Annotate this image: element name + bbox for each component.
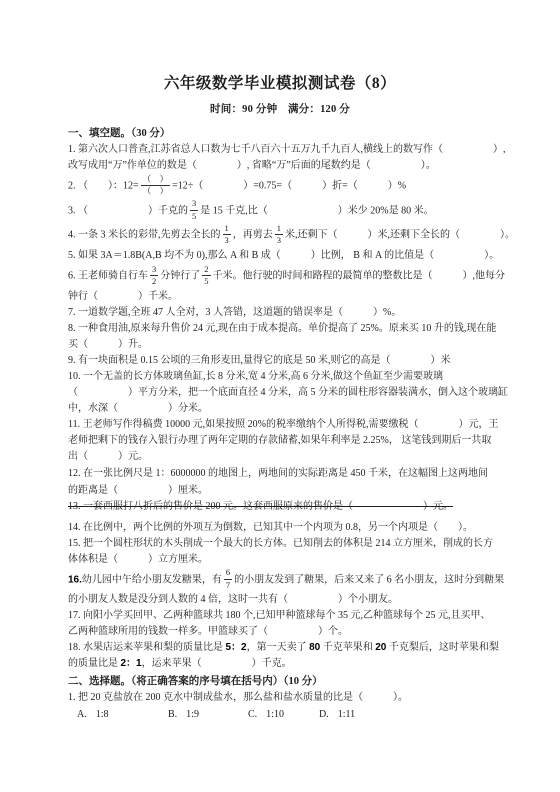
fraction: 13 — [223, 222, 231, 247]
question: 15. 把一个圆柱形状的木头削成一个最大的长方体。已知削去的体积是 214 立方… — [68, 536, 504, 568]
question: 7. 一道数学题,全班 47 人全对，3 人答错，这道题的错误率是（ ）%。 — [68, 305, 504, 321]
fraction: 32 — [150, 263, 158, 288]
fill-in-questions: 1. 第六次人口普查,江苏省总人口数为七千八百六十五万九千九百人,横线上的数写作… — [68, 142, 504, 672]
question: 14. 在比例中，两个比例的外项互为倒数，已知其中一个内项为 0.8，另一个内项… — [68, 520, 504, 536]
fraction: 67 — [224, 567, 232, 592]
question: 10. 一个无盖的长方体玻璃鱼缸,长 8 分米,宽 4 分米,高 6 分米,做这… — [68, 369, 504, 417]
section-heading-fill-in: 一、填空题。（30 分） — [68, 126, 504, 142]
test-paper-page: 六年级数学毕业模拟测试卷（8） 时间：90 分钟 满分：120 分 一、填空题。… — [0, 0, 560, 792]
choice-options-row: A.1:8B.1:9C.1:10D.1:11 — [68, 707, 504, 723]
paper-title: 六年级数学毕业模拟测试卷（8） — [0, 71, 560, 93]
question: 8. 一种食用油,原来每升售价 24 元,现在由于成本提高。单价提高了 25%。… — [68, 321, 504, 353]
question: 5. 如果 3A＝1.8B(A,B 均不为 0),那么 A 和 B 成（ ）比例… — [68, 248, 504, 264]
choice-questions: 1. 把 20 克盐放在 200 克水中制成盐水，那么盐和盐水质量的比是（ ）。 — [68, 690, 504, 706]
question: 13. 一套西服打八折后的售价是 200 元。这套西服原来的售价是（ ）元。 — [68, 499, 504, 515]
choice-option: C.1:10 — [248, 707, 319, 723]
choice-option: D.1:11 — [319, 707, 355, 723]
fraction: （ ）（ ） — [141, 173, 171, 198]
question: 16.幼儿园中午给小朋友发糖果，有67的小朋友发到了糖果，后来又来了 6 名小朋… — [68, 568, 504, 609]
fraction: 35 — [190, 198, 198, 223]
question: 9. 有一块面积是 0.15 公顷的三角形麦田,量得它的底是 50 米,则它的高… — [68, 353, 504, 369]
question: 1. 把 20 克盐放在 200 克水中制成盐水，那么盐和盐水质量的比是（ ）。 — [68, 690, 504, 706]
question: 12. 在一张比例尺是 1：6000000 的地图上，两地间的实际距离是 450… — [68, 465, 504, 499]
fraction: 25 — [202, 263, 210, 288]
paper-content: 一、填空题。（30 分） 1. 第六次人口普查,江苏省总人口数为七千八百六十五万… — [68, 126, 504, 723]
question: 1. 第六次人口普查,江苏省总人口数为七千八百六十五万九千九百人,横线上的数写作… — [68, 142, 504, 174]
question: 17. 向阳小学买回甲、乙两种篮球共 180 个,已知甲种篮球每个 35 元,乙… — [68, 608, 504, 640]
question: 4. 一条 3 米长的彩带,先剪去全长的13，再剪去13米,还剩下（ ）米,还剩… — [68, 223, 504, 248]
choice-option: A.1:8 — [77, 707, 168, 723]
question: 18. 水果店运来苹果和梨的质量比是 5：2，第一天卖了 80 千克苹果和 20… — [68, 640, 504, 672]
question: 2. （ ）：12=（ ）（ ）=12÷（ ）=0.75=（ ）折=（ ）% — [68, 174, 504, 199]
fraction: 13 — [275, 222, 283, 247]
choice-option: B.1:9 — [168, 707, 248, 723]
question: 6. 王老师骑自行车32分钟行了25千米。他行驶的时间和路程的最简单的整数比是（… — [68, 264, 504, 305]
paper-time-score: 时间：90 分钟 满分：120 分 — [0, 101, 560, 116]
section-heading-choice: 二、选择题。（将正确答案的序号填在括号内）（10 分） — [68, 674, 504, 690]
question: 3. （ ）千克的35是 15 千克,比（ ）米少 20%是 80 米。 — [68, 199, 504, 224]
question: 11. 王老师写作得稿费 10000 元,如果按照 20%的税率缴纳个人所得税,… — [68, 417, 504, 465]
